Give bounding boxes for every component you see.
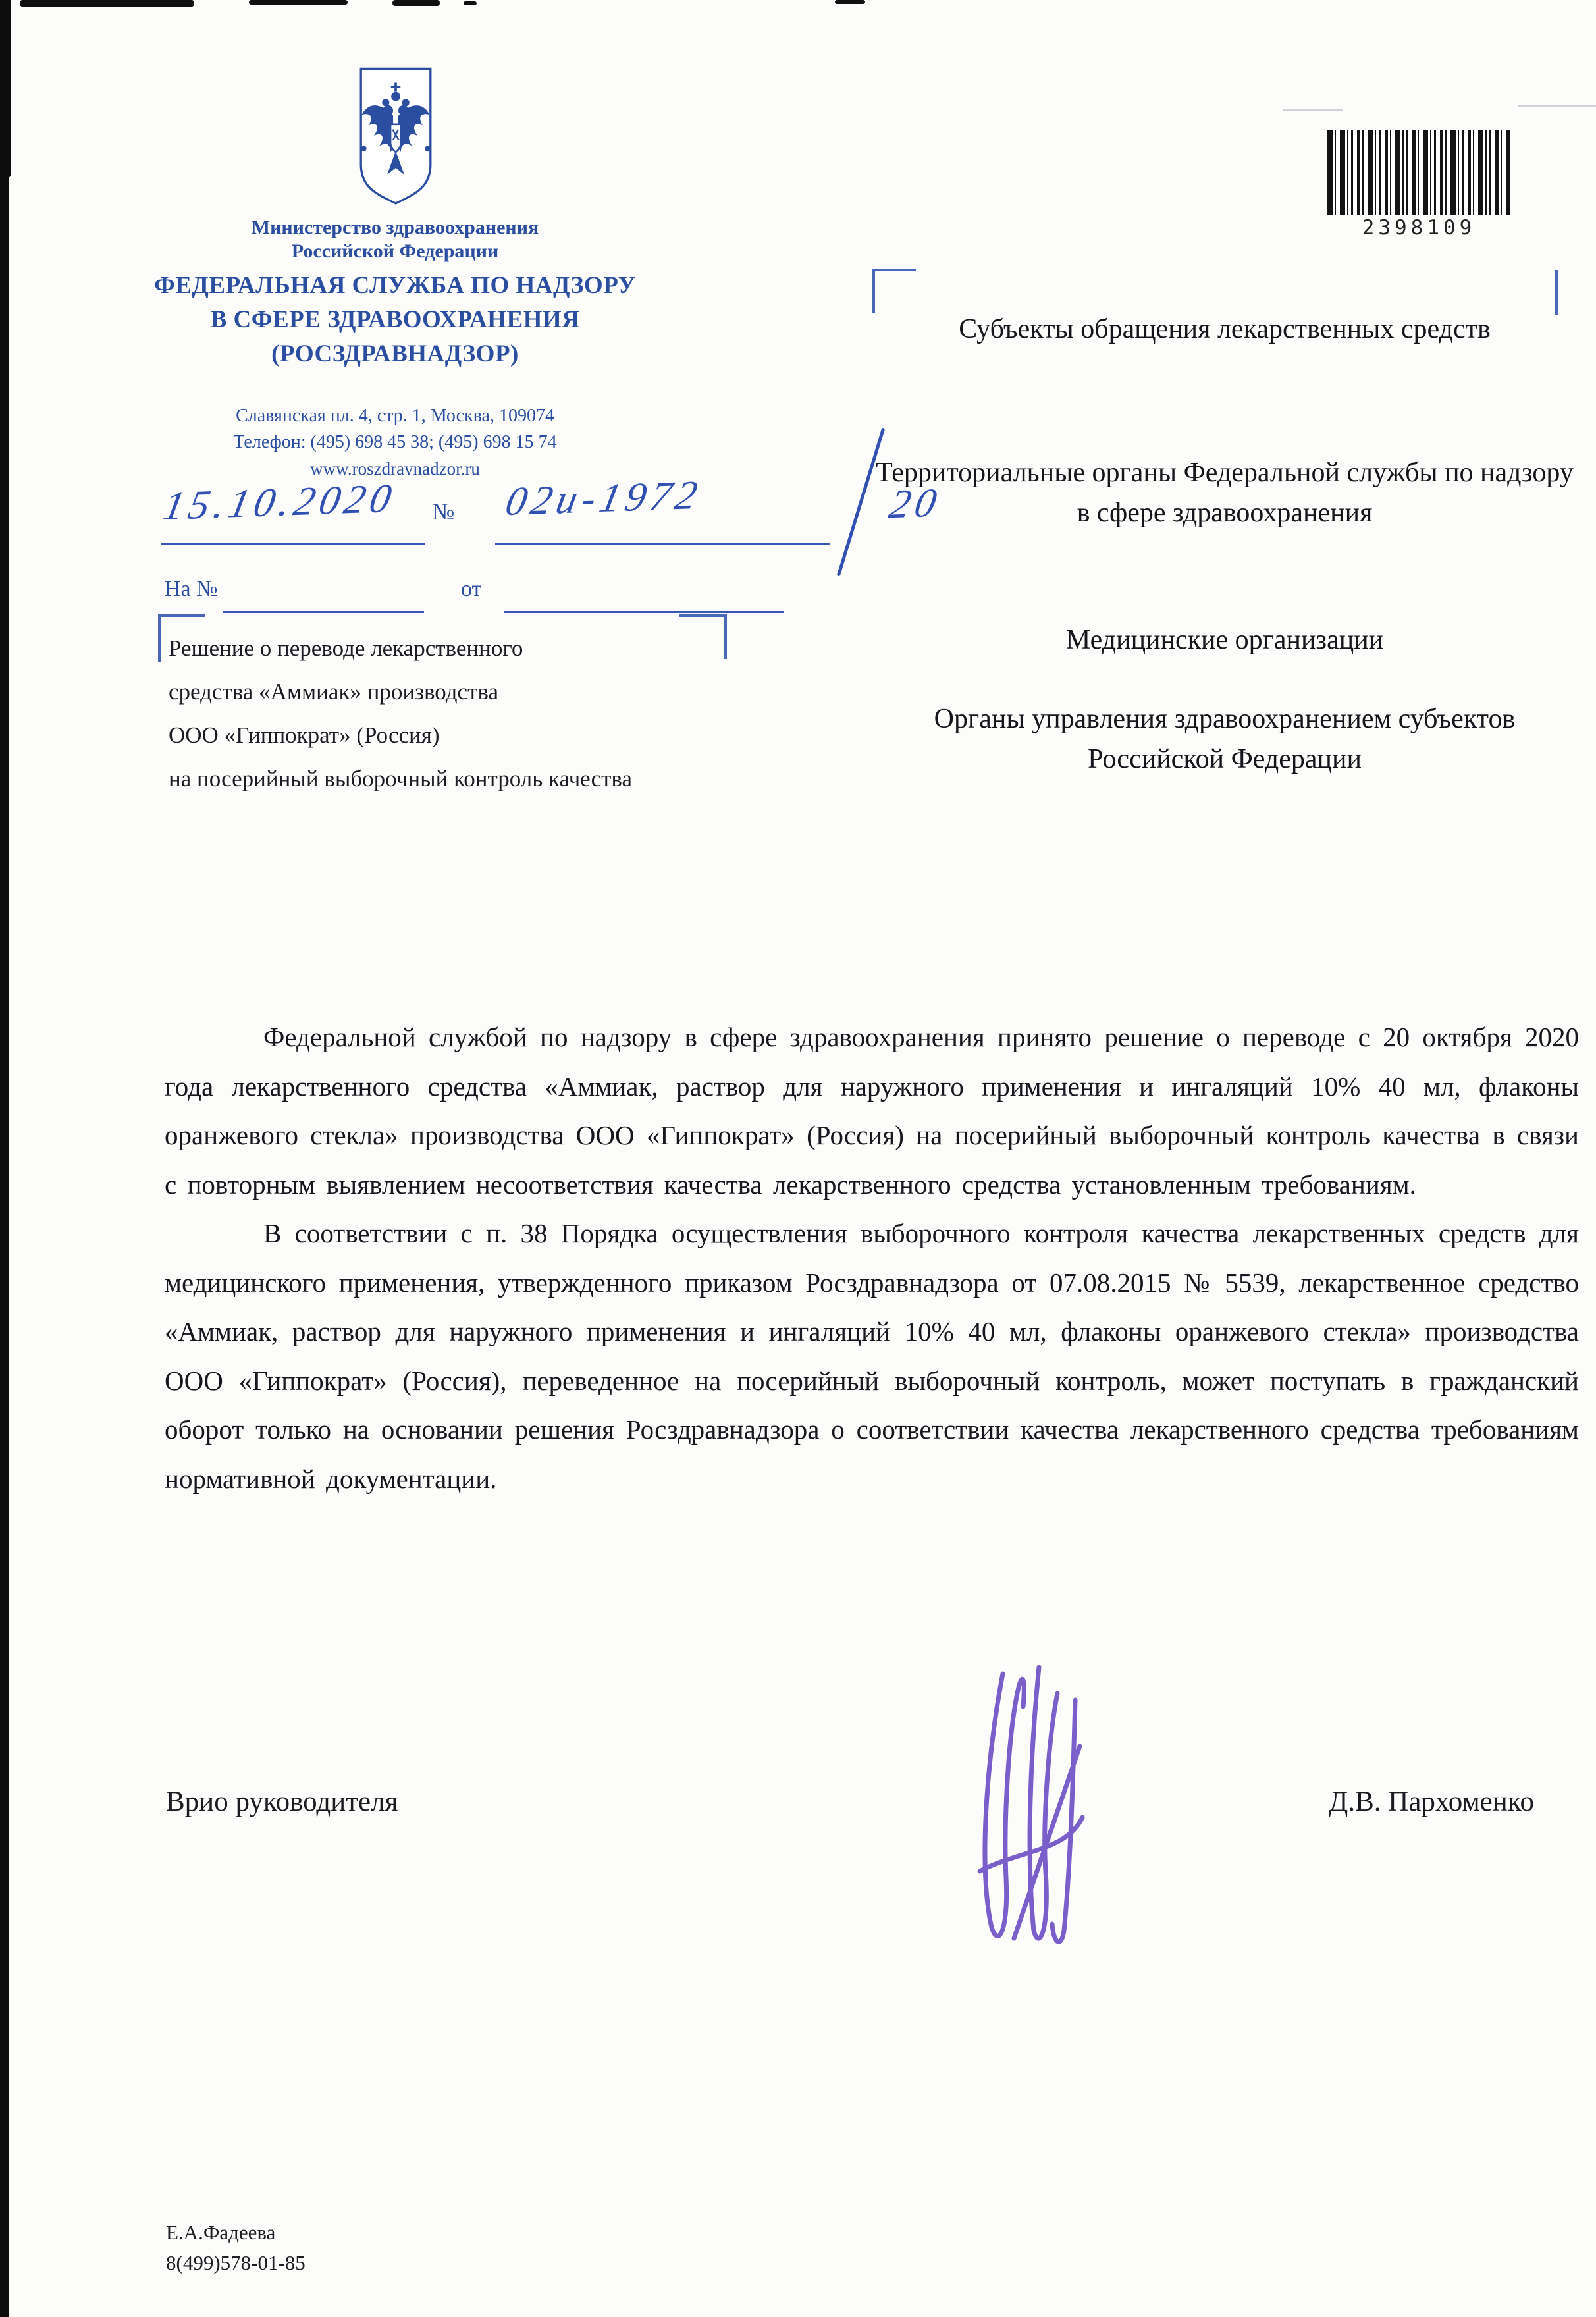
addressee-item: Субъекты обращения лекарственных средств: [876, 309, 1574, 350]
phone-numbers: Телефон: (495) 698 45 38; (495) 698 15 7…: [125, 429, 665, 456]
russian-coat-of-arms-icon: [352, 59, 439, 212]
scan-line-artifact: [1518, 105, 1596, 107]
reply-number-label: На №: [165, 577, 218, 602]
subject-line2: средства «Аммиак» производства: [169, 670, 801, 714]
signer-name: Д.В. Пархоменко: [1205, 1786, 1534, 1818]
scan-smudge: [20, 0, 194, 7]
date-underline: [161, 543, 425, 545]
ministry-name: Министерство здравоохранения Российской …: [125, 216, 665, 263]
ministry-line2: Российской Федерации: [125, 240, 665, 263]
executor-name: Е.А.Фадеева: [166, 2218, 306, 2248]
service-line1: ФЕДЕРАЛЬНАЯ СЛУЖБА ПО НАДЗОРУ: [86, 269, 705, 303]
barcode-block: 2398109: [1325, 130, 1513, 240]
reply-number-underline: [223, 611, 424, 613]
postal-address: Славянская пл. 4, стр. 1, Москва, 109074: [125, 403, 665, 429]
handwritten-outgoing-number: 02и-1972: [502, 472, 706, 525]
subject-line3: ООО «Гиппократ» (Россия): [169, 714, 801, 757]
contact-block: Славянская пл. 4, стр. 1, Москва, 109074…: [125, 403, 665, 482]
subject-block: Решение о переводе лекарственного средст…: [169, 627, 801, 801]
corner-mark: [872, 269, 875, 313]
service-line2: В СФЕРЕ ЗДРАВООХРАНЕНИЯ: [86, 303, 705, 337]
body-paragraph-1: Федеральной службой по надзору в сфере з…: [165, 1013, 1579, 1209]
executor-phone: 8(499)578-01-85: [166, 2248, 306, 2278]
number-sign: №: [432, 498, 454, 525]
reply-date-underline: [504, 611, 784, 613]
signature-ink: [940, 1654, 1129, 1958]
corner-mark: [158, 614, 205, 617]
scan-edge-artifact: [0, 0, 11, 178]
executor-block: Е.А.Фадеева 8(499)578-01-85: [166, 2218, 306, 2278]
handwritten-date: 15.10.2020: [159, 475, 400, 530]
barcode-number: 2398109: [1325, 216, 1513, 240]
service-line3: (РОСЗДРАВНАДЗОР): [86, 337, 705, 371]
number-underline: [495, 543, 830, 545]
scan-smudge: [249, 0, 348, 5]
signer-position: Врио руководителя: [166, 1786, 398, 1818]
scan-edge-artifact: [0, 0, 9, 2317]
body-paragraph-2: В соответствии с п. 38 Порядка осуществл…: [165, 1209, 1579, 1503]
corner-mark: [1555, 270, 1558, 315]
scan-smudge: [392, 0, 440, 6]
subject-line1: Решение о переводе лекарственного: [169, 627, 801, 670]
barcode-icon: [1327, 130, 1510, 215]
corner-mark: [679, 614, 727, 617]
ministry-line1: Министерство здравоохранения: [125, 216, 665, 240]
addressee-item: Территориальные органы Федеральной служб…: [876, 453, 1574, 533]
scan-smudge: [835, 0, 865, 4]
scan-line-artifact: [1283, 109, 1343, 111]
addressee-item: Органы управления здравоохранением субъе…: [876, 699, 1574, 780]
reply-date-label: от: [461, 577, 481, 602]
subject-line4: на посерийный выборочный контроль качест…: [169, 757, 801, 801]
document-page: Министерство здравоохранения Российской …: [0, 0, 1596, 2317]
addressee-item: Медицинские организации: [876, 620, 1574, 660]
service-name: ФЕДЕРАЛЬНАЯ СЛУЖБА ПО НАДЗОРУ В СФЕРЕ ЗД…: [86, 269, 705, 371]
corner-mark: [872, 269, 916, 271]
body-text: Федеральной службой по надзору в сфере з…: [165, 1013, 1579, 1503]
corner-mark: [158, 614, 161, 662]
scan-smudge: [464, 1, 477, 5]
